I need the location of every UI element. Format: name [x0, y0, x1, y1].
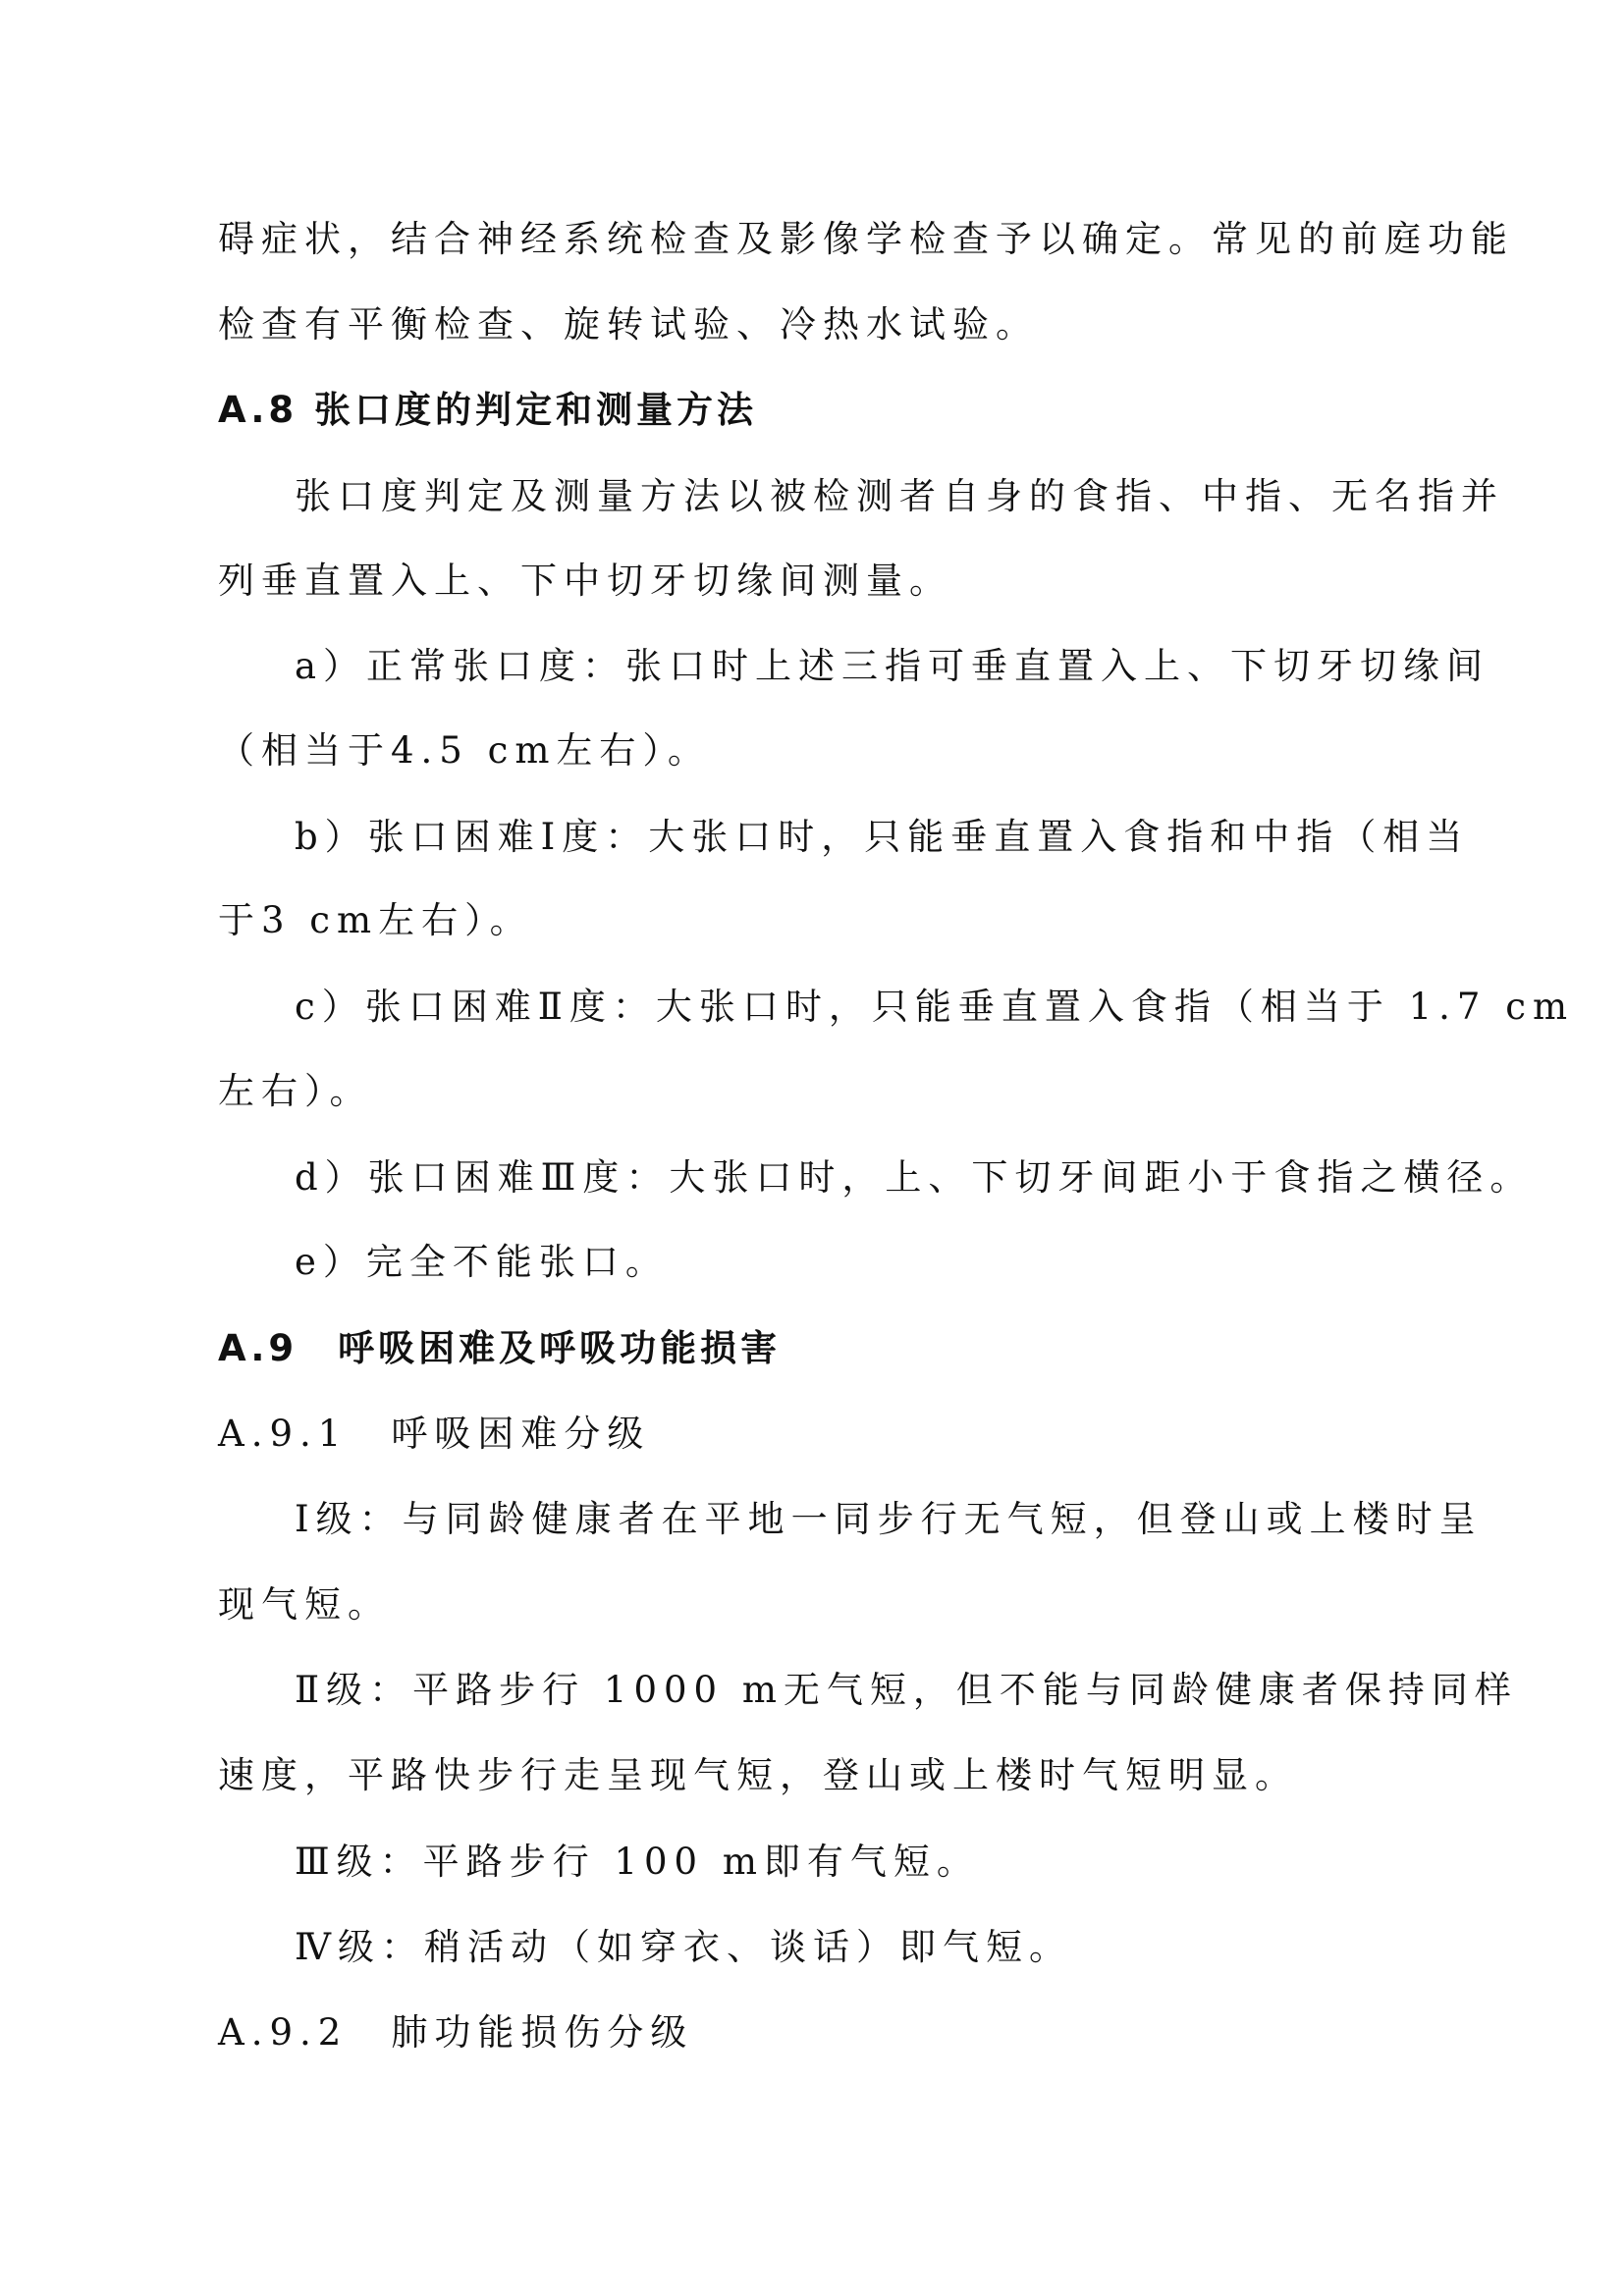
section-heading-a8: A.8 张口度的判定和测量方法: [218, 385, 1406, 436]
paragraph-line: 张口度判定及测量方法以被检测者自身的食指、中指、无名指并: [295, 471, 1483, 522]
grade-4: Ⅳ级：稍活动（如穿衣、谈话）即气短。: [295, 1922, 1483, 1973]
grade-1-continuation: 现气短。: [218, 1579, 1406, 1630]
grade-2-continuation: 速度，平路快步行走呈现气短，登山或上楼时气短明显。: [218, 1750, 1406, 1801]
paragraph-line: 碍症状，结合神经系统检查及影像学检查予以确定。常见的前庭功能: [218, 214, 1406, 265]
list-item-c-continuation: 左右）。: [218, 1066, 1406, 1117]
list-item-e: e）完全不能张口。: [295, 1237, 1483, 1288]
grade-2: Ⅱ级：平路步行 1000 m无气短，但不能与同龄健康者保持同样: [295, 1665, 1483, 1716]
paragraph-line: 列垂直置入上、下中切牙切缘间测量。: [218, 556, 1406, 607]
grade-1: Ⅰ级：与同龄健康者在平地一同步行无气短，但登山或上楼时呈: [295, 1494, 1483, 1545]
section-heading-a9: A.9 呼吸困难及呼吸功能损害: [218, 1323, 1406, 1374]
subsection-heading-a92: A.9.2 肺功能损伤分级: [218, 2007, 1406, 2058]
list-item-a: a）正常张口度：张口时上述三指可垂直置入上、下切牙切缘间: [295, 641, 1483, 692]
paragraph-line: 检查有平衡检查、旋转试验、冷热水试验。: [218, 299, 1406, 350]
document-page: 碍症状，结合神经系统检查及影像学检查予以确定。常见的前庭功能 检查有平衡检查、旋…: [0, 0, 1624, 2296]
subsection-heading-a91: A.9.1 呼吸困难分级: [218, 1409, 1406, 1460]
list-item-d: d）张口困难Ⅲ度：大张口时，上、下切牙间距小于食指之横径。: [295, 1152, 1483, 1203]
list-item-a-continuation: （相当于4.5 cm左右）。: [218, 725, 1406, 776]
list-item-b: b）张口困难Ⅰ度：大张口时，只能垂直置入食指和中指（相当: [295, 812, 1483, 863]
list-item-b-continuation: 于3 cm左右）。: [218, 895, 1406, 946]
list-item-c: c）张口困难Ⅱ度：大张口时，只能垂直置入食指（相当于 1.7 cm: [295, 982, 1483, 1033]
grade-3: Ⅲ级：平路步行 100 m即有气短。: [295, 1837, 1483, 1888]
